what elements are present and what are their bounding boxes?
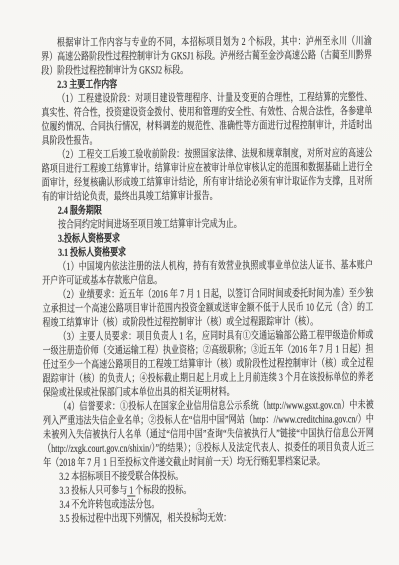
text-run: （4）信誉要求：①投标人在国家企业信用信息公示系统（http://www.gsx…	[43, 399, 374, 469]
paragraph: （1）中国境内依法注册的法人机构，持有有效营业执照或事业单位法人证书、基本账户开…	[42, 258, 373, 288]
text-run: （2）工程交工后竣工验收前阶段：按照国家法律、法规和规章制度，对所对应的高速公路…	[42, 147, 373, 203]
text-run: （1）中国境内依法注册的法人机构，持有有效营业执照或事业单位法人证书、基本账户开…	[42, 259, 373, 287]
paragraph: （1）工程建设阶段：对项目建设管理程序、计量及变更的合理性，工程结算的完整性、真…	[41, 90, 372, 148]
paragraph: 根据审计工作内容与专业的不同，本招标项目划为 2 个标段，其中：泸州至永川（川渝…	[41, 34, 372, 78]
text-run: 2.4 服务期限	[58, 205, 102, 217]
text-run: 3.投标人资格要求	[58, 233, 120, 245]
text-run: 个标段的投标。	[135, 484, 191, 496]
page-number: 3	[0, 507, 399, 517]
document-body: 根据审计工作内容与专业的不同，本招标项目划为 2 个标段，其中：泸州至永川（川渝…	[41, 34, 374, 526]
text-run: 3.2 本招标项目不接受联合体投标。	[59, 470, 183, 483]
text-run: （3）主要人员要求：项目负责人 1 名，应同时具有①交通运输部公路工程甲级造价师…	[43, 329, 374, 399]
paragraph: （4）信誉要求：①投标人在国家企业信用信息公示系统（http://www.gsx…	[43, 398, 374, 470]
text-run: （2）业绩要求：近五年（2016 年 7 月 1 日起，以签订合同时间或委托时间…	[42, 287, 373, 329]
text-run: （1）工程建设阶段：对项目建设管理程序、计量及变更的合理性，工程结算的完整性、真…	[41, 91, 372, 147]
text-run: 2.3 主要工作内容	[57, 79, 117, 91]
paragraph: （2）工程交工后竣工验收前阶段：按照国家法律、法规和规章制度，对所对应的高速公路…	[42, 146, 373, 204]
paragraph: （3）主要人员要求：项目负责人 1 名，应同时具有①交通运输部公路工程甲级造价师…	[43, 328, 374, 400]
text-run: 3.3 投标人只可参与	[59, 485, 127, 497]
underlined-value: 1	[127, 485, 135, 497]
document-page: 根据审计工作内容与专业的不同，本招标项目划为 2 个标段，其中：泸州至永川（川渝…	[0, 0, 399, 565]
paragraph: （2）业绩要求：近五年（2016 年 7 月 1 日起，以签订合同时间或委托时间…	[42, 286, 373, 330]
text-run: 根据审计工作内容与专业的不同，本招标项目划为 2 个标段，其中：泸州至永川（川渝…	[41, 35, 372, 77]
text-run: 按合同约定时间进场至项目竣工结算审计完成为止。	[58, 218, 242, 231]
text-run: 3.1 投标人资格要求	[58, 247, 126, 259]
